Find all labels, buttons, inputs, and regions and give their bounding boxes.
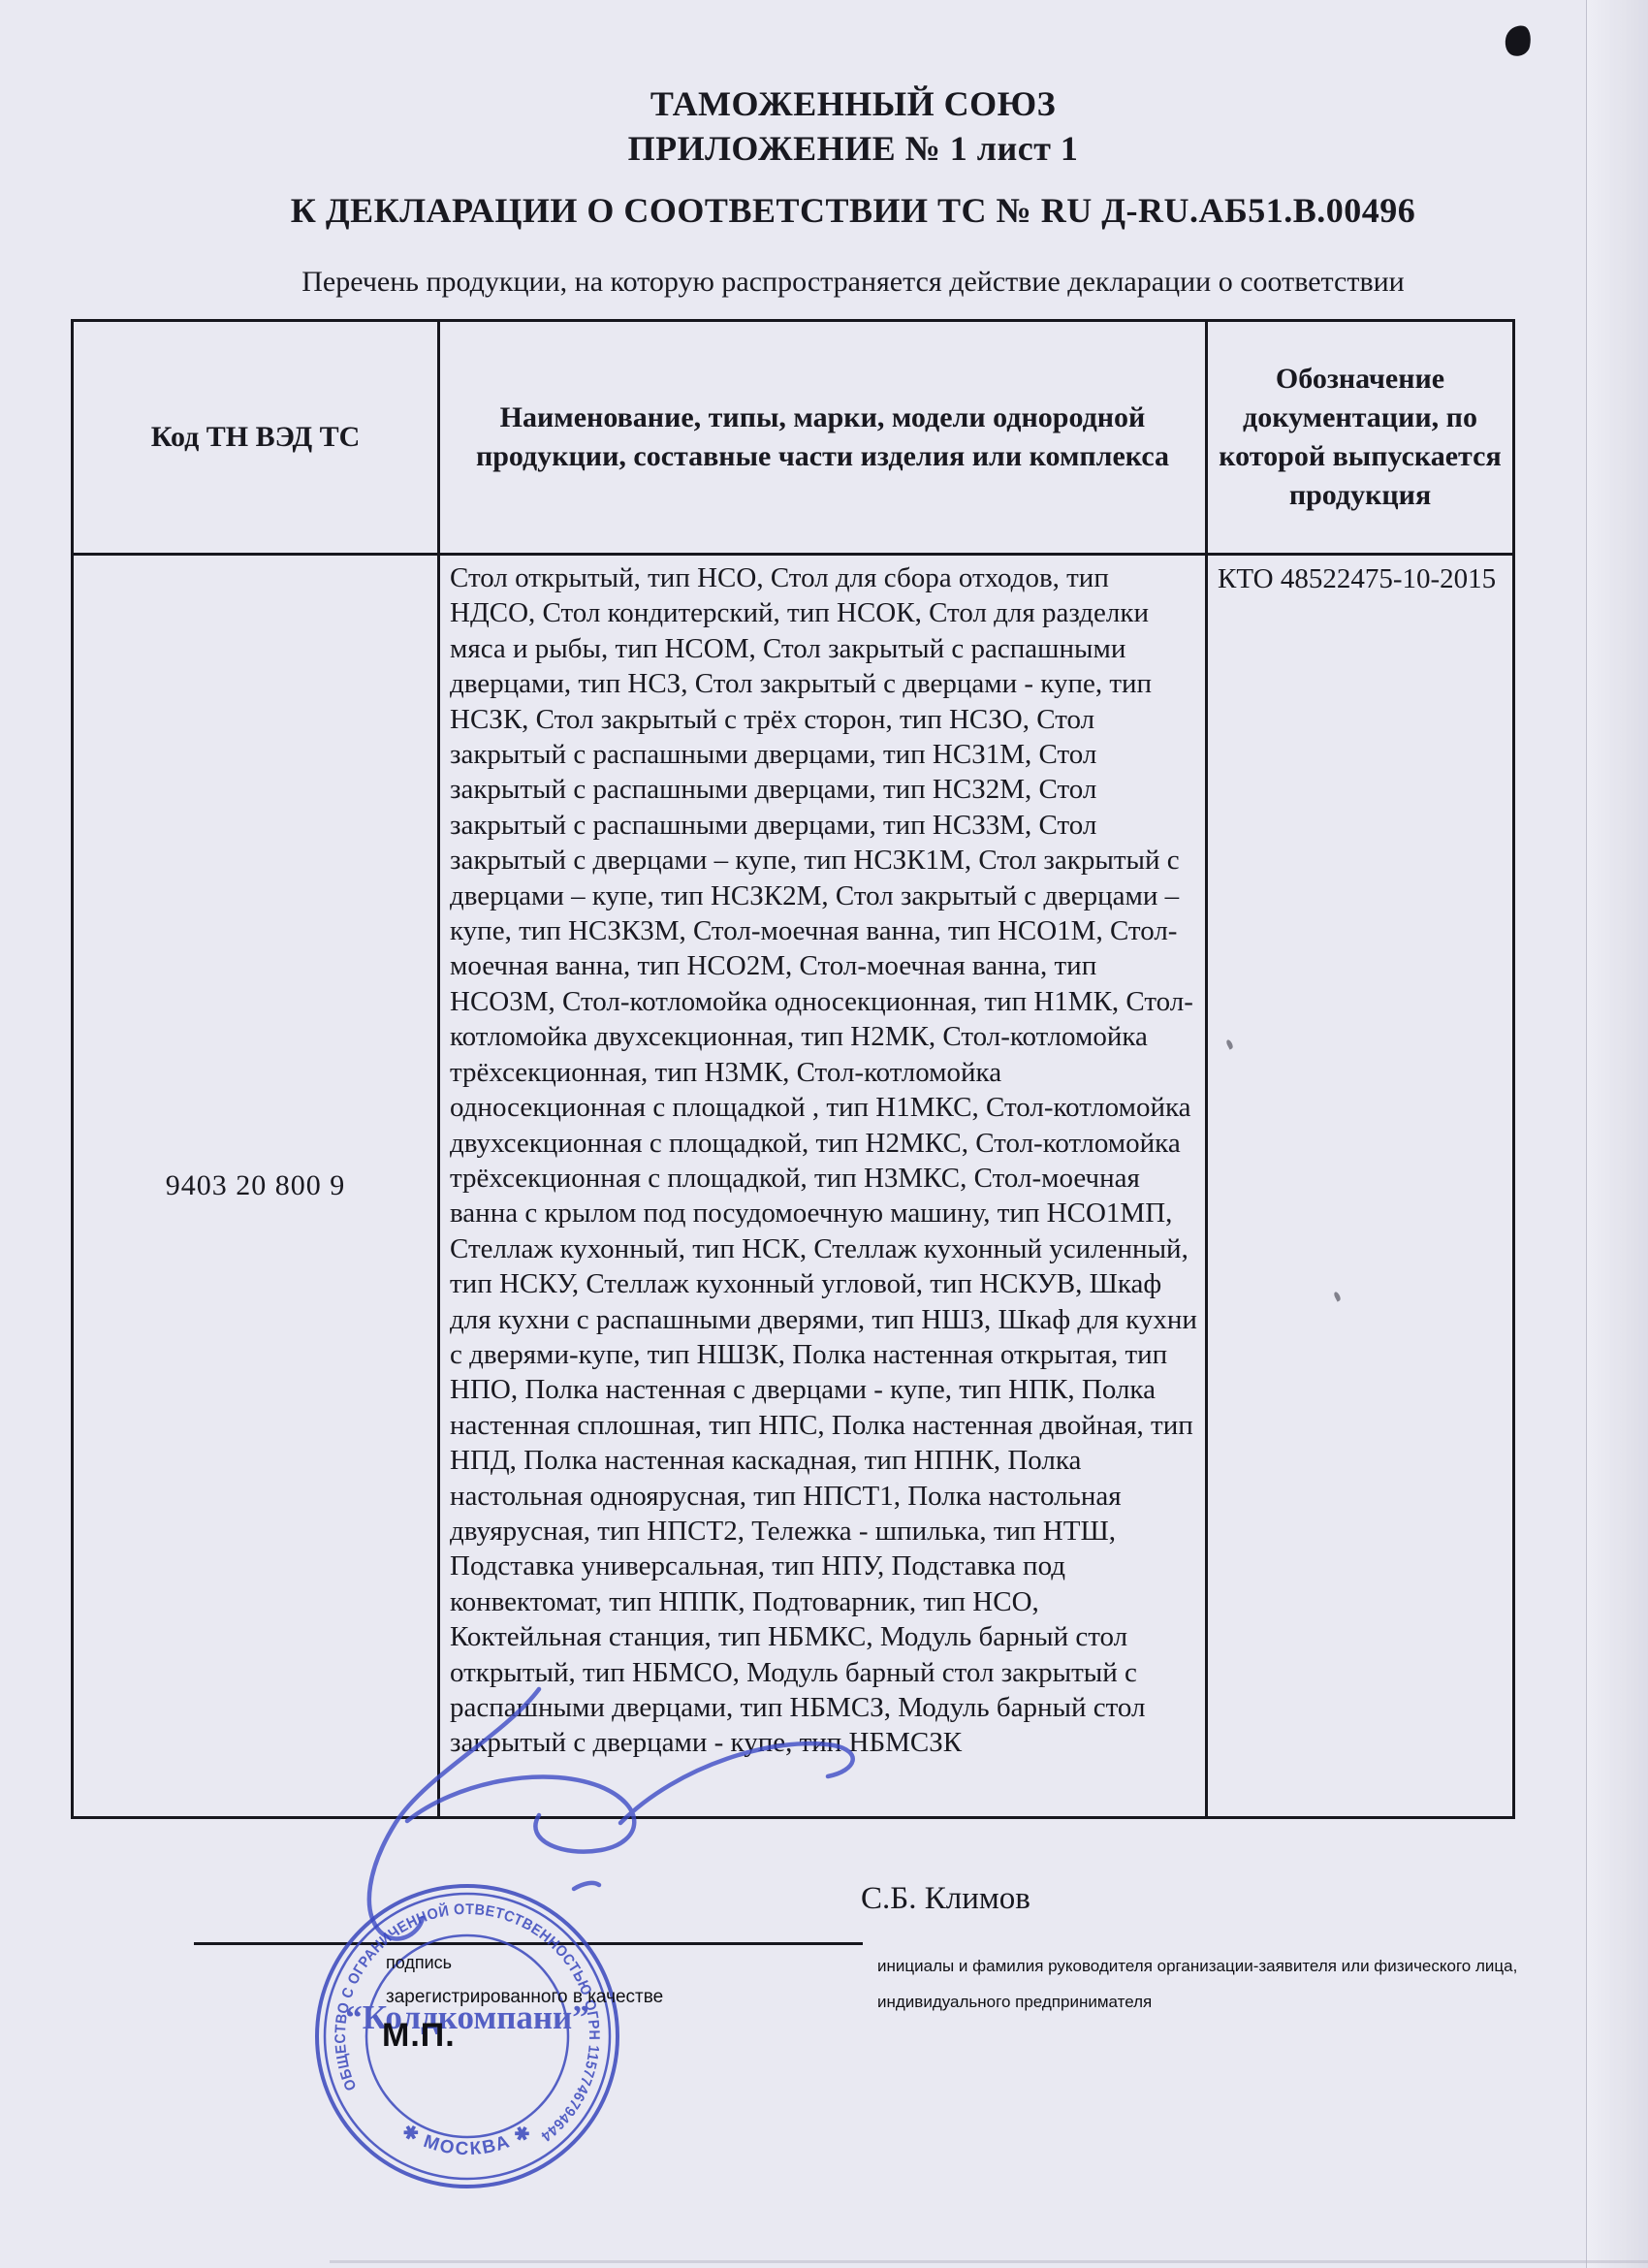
title-annex: ПРИЛОЖЕНИЕ № 1 лист 1 [39, 128, 1648, 169]
caption-initials-line2: индивидуального предпринимателя [877, 1993, 1152, 2012]
documentation-value: КТО 48522475-10-2015 [1208, 556, 1512, 1816]
scan-bottom-edge [330, 2260, 1648, 2263]
col-header-documentation: Обозначение документации, по которой вып… [1208, 322, 1512, 553]
handwritten-signature [291, 1648, 911, 1978]
scan-corner-mark [1503, 23, 1534, 59]
products-table: Код ТН ВЭД ТС Наименование, типы, марки,… [71, 319, 1515, 1819]
title-customs-union: ТАМОЖЕННЫЙ СОЮЗ [39, 83, 1648, 124]
subtitle-product-list: Перечень продукции, на которую распростр… [39, 266, 1648, 299]
label-registered-as: зарегистрированного в качестве [386, 1987, 663, 2008]
table-data-row: 9403 20 800 9 Стол открытый, тип НСО, Ст… [74, 556, 1512, 1816]
title-declaration-number: К ДЕКЛАРАЦИИ О СООТВЕТСТВИИ ТС № RU Д-RU… [39, 190, 1648, 231]
col-header-product-names: Наименование, типы, марки, модели одноро… [440, 322, 1208, 553]
caption-initials-line1: инициалы и фамилия руководителя организа… [877, 1957, 1517, 1976]
label-signature: подпись [386, 1953, 452, 1973]
table-header-row: Код ТН ВЭД ТС Наименование, типы, марки,… [74, 322, 1512, 556]
col-header-tnved-code: Код ТН ВЭД ТС [74, 322, 440, 553]
label-stamp-place: М.П. [382, 2017, 456, 2055]
product-list-text: Стол открытый, тип НСО, Стол для сбора о… [440, 556, 1208, 1816]
tnved-code-value: 9403 20 800 9 [74, 556, 440, 1816]
svg-text:✱ МОСКВА ✱: ✱ МОСКВА ✱ [398, 2121, 536, 2159]
scan-right-edge [1586, 0, 1648, 2268]
stamp-city-text: ✱ МОСКВА ✱ [398, 2121, 536, 2159]
